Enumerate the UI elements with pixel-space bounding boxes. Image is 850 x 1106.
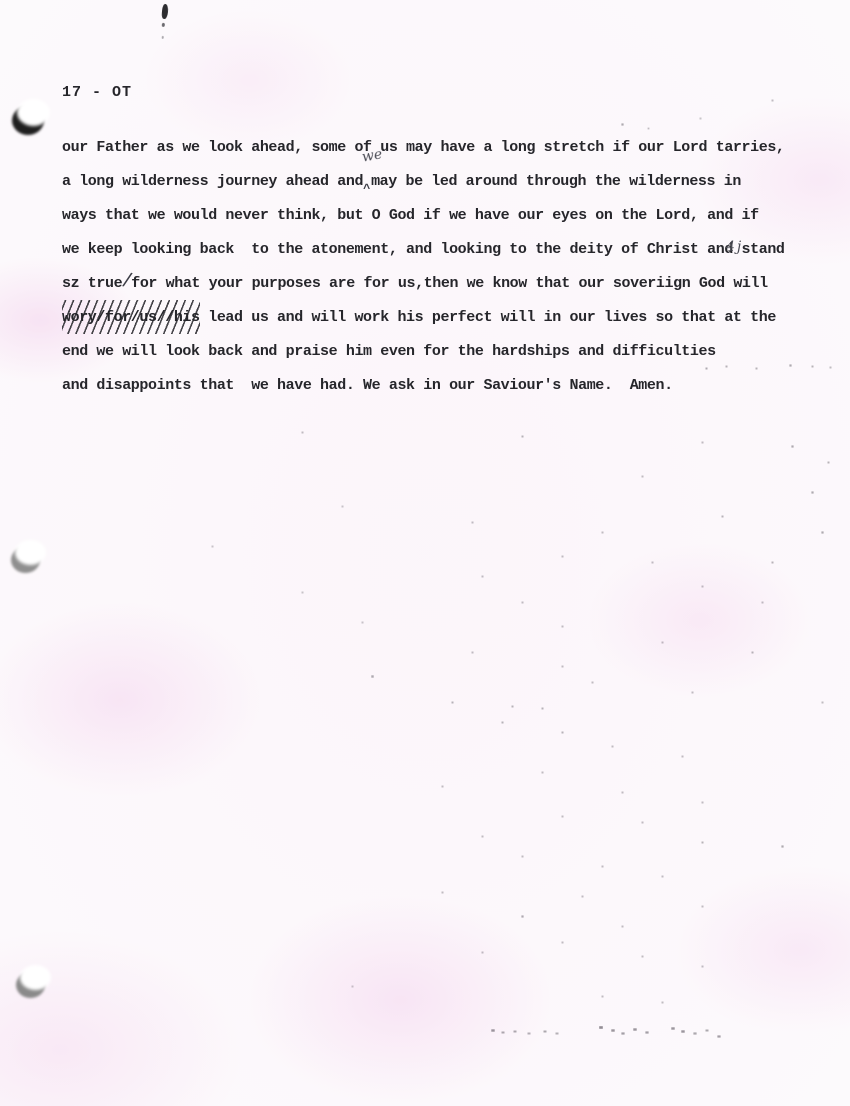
paragraph-line-8: and disappoints that we have had. We ask… bbox=[62, 369, 785, 403]
line-text: for what your purposes are for us,then w… bbox=[131, 275, 768, 292]
paragraph-line-3: ways that we would never think, but O Go… bbox=[62, 199, 785, 233]
paragraph-line-5: sz true/for what your purposes are for u… bbox=[62, 267, 785, 301]
scanned-document-page: { "document": { "page_label": "17 - OT",… bbox=[0, 0, 850, 1106]
insertion-caret: ^ bbox=[363, 172, 371, 206]
ghost-text-row bbox=[0, 0, 2, 1]
line-text: our Father as we look ahead, some of us … bbox=[62, 139, 785, 156]
paragraph-line-1: our Father as we look ahead, some of us … bbox=[62, 131, 785, 165]
line-text: ways that we would never think, but O Go… bbox=[62, 207, 759, 224]
paragraph-line-2: a long wilderness journey ahead and^may … bbox=[62, 165, 785, 199]
punch-hole-top bbox=[12, 106, 44, 135]
punch-hole-middle bbox=[11, 547, 40, 573]
paragraph-line-6: wory/for/us//his lead us and will work h… bbox=[62, 301, 785, 335]
page-label: 17 - OT bbox=[62, 84, 132, 101]
line-text: sz true bbox=[62, 275, 122, 292]
paragraph-line-4: we keep looking back to the atonement, a… bbox=[62, 233, 785, 267]
ink-mark bbox=[161, 4, 168, 19]
line-text: we keep looking back to the atonement, a… bbox=[62, 241, 785, 258]
line-text: may be led around through the wilderness… bbox=[371, 173, 741, 190]
struck-out-text: wory/for/us//his bbox=[62, 301, 200, 335]
typed-paragraph: our Father as we look ahead, some of us … bbox=[62, 131, 785, 403]
punch-hole-bottom bbox=[16, 972, 45, 998]
line-text: lead us and will work his perfect will i… bbox=[200, 309, 776, 326]
line-text: a long wilderness journey ahead and bbox=[62, 173, 363, 190]
line-text: end we will look back and praise him eve… bbox=[62, 343, 716, 360]
line-text: and disappoints that we have had. We ask… bbox=[62, 377, 673, 394]
paragraph-line-7: end we will look back and praise him eve… bbox=[62, 335, 785, 369]
handwritten-mark-after-stand: 4j bbox=[726, 239, 743, 255]
